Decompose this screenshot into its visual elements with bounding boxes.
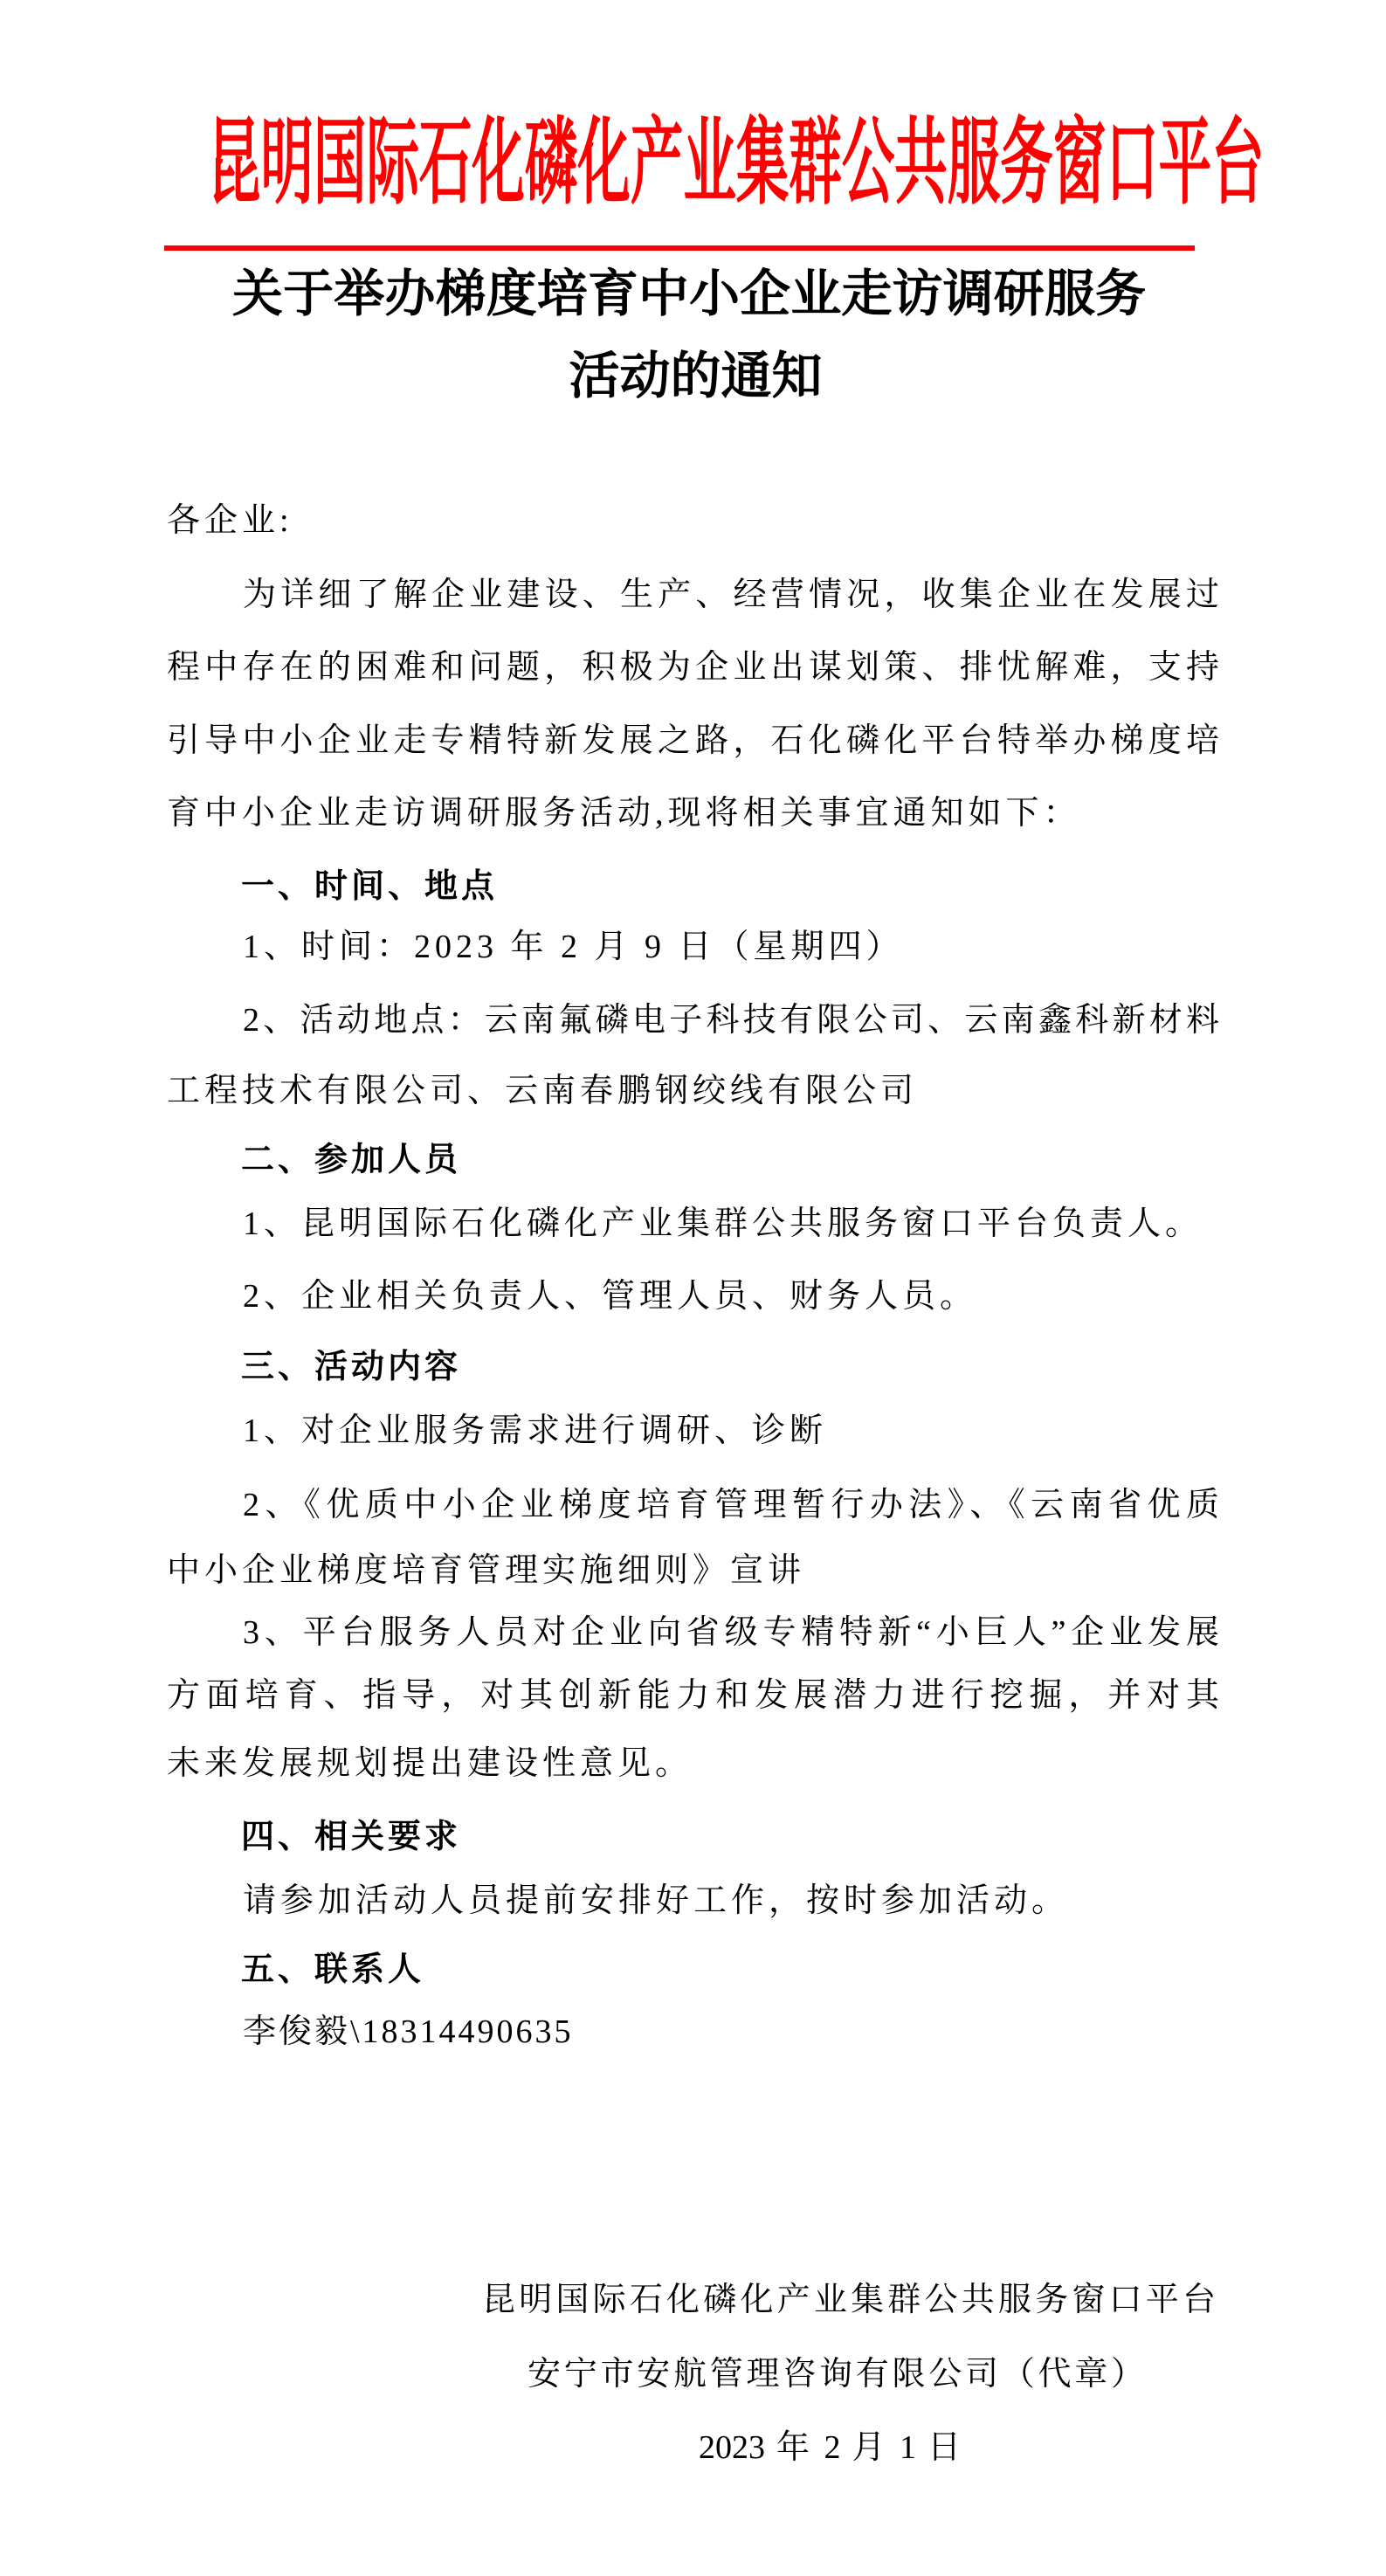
signature-agent: 安宁市安航管理咨询有限公司（代章） — [528, 2356, 1144, 2393]
section-heading-time-place: 一、时间、地点 — [241, 868, 498, 905]
section-heading-activities: 三、活动内容 — [241, 1349, 461, 1385]
section-heading-contact: 五、联系人 — [241, 1951, 424, 1988]
section-item: 请参加活动人员提前安排好工作，按时参加活动。 — [243, 1882, 1069, 1919]
org-letterhead-title: 昆明国际石化磷化产业集群公共服务窗口平台 — [208, 108, 1183, 217]
section-item: 1、对企业服务需求进行调研、诊断 — [243, 1412, 827, 1449]
notice-title-line-2: 活动的通知 — [0, 349, 1386, 404]
section-item-continuation: 未来发展规划提出建设性意见。 — [167, 1745, 693, 1782]
intro-line: 育中小企业走访调研服务活动,现将相关事宜通知如下： — [167, 795, 1081, 832]
section-item: 2、企业相关负责人、管理人员、财务人员。 — [243, 1278, 977, 1315]
notice-title-line-1: 关于举办梯度培育中小企业走访调研服务 — [232, 267, 1146, 321]
section-item: 1、时间：2023 年 2 月 9 日（星期四） — [243, 929, 904, 965]
section-item: 2、《优质中小企业梯度培育管理暂行办法》、《云南省优质 — [243, 1487, 1219, 1523]
section-item: 1、昆明国际石化磷化产业集群公共服务窗口平台负责人。 — [243, 1205, 1203, 1242]
section-heading-requirements: 四、相关要求 — [241, 1819, 461, 1855]
section-heading-participants: 二、参加人员 — [241, 1142, 461, 1178]
salutation: 各企业: — [167, 502, 293, 539]
signature-date: 2023 年 2 月 1 日 — [699, 2429, 961, 2466]
intro-line: 程中存在的困难和问题，积极为企业出谋划策、排忧解难，支持 — [167, 649, 1219, 686]
intro-line: 为详细了解企业建设、生产、经营情况，收集企业在发展过 — [243, 577, 1219, 613]
signature-org: 昆明国际石化磷化产业集群公共服务窗口平台 — [482, 2282, 1216, 2318]
section-item-continuation: 工程技术有限公司、云南春鹏钢绞线有限公司 — [167, 1073, 918, 1109]
contact-person: 李俊毅\18314490635 — [243, 2013, 574, 2050]
document-page: 昆明国际石化磷化产业集群公共服务窗口平台 关于举办梯度培育中小企业走访调研服务 … — [0, 0, 1386, 2576]
section-item-continuation: 方面培育、指导，对其创新能力和发展潜力进行挖掘，并对其 — [167, 1677, 1219, 1714]
intro-line: 引导中小企业走专精特新发展之路，石化磷化平台特举办梯度培 — [167, 722, 1219, 759]
letterhead-red-rule — [164, 245, 1195, 251]
section-item: 3、平台服务人员对企业向省级专精特新“小巨人”企业发展 — [243, 1614, 1219, 1651]
section-item: 2、活动地点：云南氟磷电子科技有限公司、云南鑫科新材料 — [243, 1002, 1219, 1039]
section-item-continuation: 中小企业梯度培育管理实施细则》宣讲 — [167, 1552, 805, 1589]
